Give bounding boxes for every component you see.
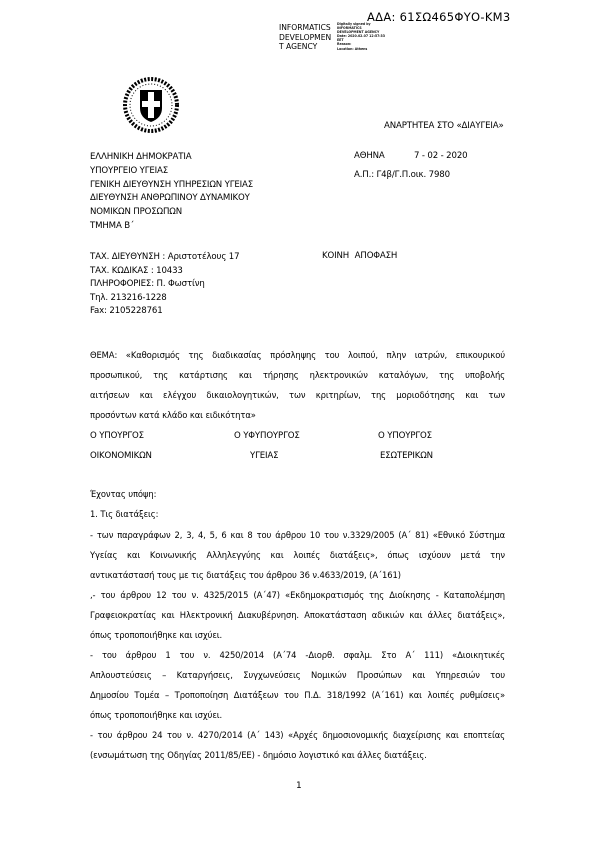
paragraph-line: Απλουστεύσεις – Καταργήσεις, Συγχωνεύσει… <box>90 665 505 685</box>
agency-name: INFORMATICS DEVELOPMEN T AGENCY <box>279 23 331 52</box>
contact-phone: Τηλ. 213216-1228 <box>90 292 239 306</box>
contact-info: ΠΛΗΡΟΦΟΡΙΕΣ: Π. Φωστίνη <box>90 278 239 292</box>
signatory-1-ministry: ΟΙΚΟΝΟΜΙΚΩΝ <box>90 451 152 461</box>
considering-item-1: 1. Τις διατάξεις: <box>90 509 158 519</box>
signatory-3-ministry: ΕΣΩΤΕΡΙΚΩΝ <box>380 451 433 461</box>
paragraph-line: Δημοσίου Τομέα – Τροποποίηση Διατάξεων τ… <box>90 685 505 705</box>
sender-line: ΥΠΟΥΡΓΕΙΟ ΥΓΕΙΑΣ <box>90 165 253 179</box>
greek-coat-of-arms-icon <box>120 74 182 136</box>
paragraph-line: - του άρθρου 24 του ν. 4270/2014 (Α΄ 143… <box>90 725 505 745</box>
paragraph-line: - των παραγράφων 2, 3, 4, 5, 6 και 8 του… <box>90 525 505 545</box>
page-number: 1 <box>296 781 302 791</box>
considering-heading: Έχοντας υπόψη: <box>90 489 156 499</box>
city: ΑΘΗΝΑ <box>354 151 385 161</box>
stamp-line: Location: Athens <box>337 47 385 51</box>
contact-postal-code: ΤΑΧ. ΚΩΔΙΚΑΣ : 10433 <box>90 265 239 279</box>
agency-line: INFORMATICS <box>279 23 331 33</box>
considering-paragraphs: - των παραγράφων 2, 3, 4, 5, 6 και 8 του… <box>90 525 505 765</box>
subject-line: προσόντων κατά κλάδο και ειδικότητα» <box>90 405 505 425</box>
subject-line: ΘΕΜΑ: «Καθορισμός της διαδικασίας πρόσλη… <box>90 345 505 365</box>
digital-signature-stamp: Digitally signed by INFORMATICS DEVELOPM… <box>337 22 385 51</box>
paragraph-line: όπως τροποποιήθηκε και ισχύει. <box>90 625 505 645</box>
paragraph-line: όπως τροποποιήθηκε και ισχύει. <box>90 705 505 725</box>
signatory-2-ministry: ΥΓΕΙΑΣ <box>250 451 278 461</box>
subject-line: αιτήσεων και ελέγχου δικαιολογητικών, τω… <box>90 385 505 405</box>
signatory-3-title: Ο ΥΠΟΥΡΓΟΣ <box>378 431 432 441</box>
sender-line: ΤΜΗΜΑ Β΄ <box>90 220 253 234</box>
contact-address: ΤΑΧ. ΔΙΕΥΘΥΝΣΗ : Αριστοτέλους 17 <box>90 251 239 265</box>
agency-line: DEVELOPMEN <box>279 33 331 43</box>
subject: ΘΕΜΑ: «Καθορισμός της διαδικασίας πρόσλη… <box>90 345 505 425</box>
paragraph-line: Γραφειοκρατίας και Ηλεκτρονική Διακυβέρν… <box>90 605 505 625</box>
document-type: ΚΟΙΝΗ ΑΠΟΦΑΣΗ <box>322 251 397 261</box>
contact-fax: Fax: 2105228761 <box>90 305 239 319</box>
sender-line: ΕΛΛΗΝΙΚΗ ΔΗΜΟΚΡΑΤΙΑ <box>90 151 253 165</box>
contact-block: ΤΑΧ. ΔΙΕΥΘΥΝΣΗ : Αριστοτέλους 17 ΤΑΧ. ΚΩ… <box>90 251 239 319</box>
ada-code: ΑΔΑ: 61ΣΩ465ΦΥΟ-ΚΜ3 <box>367 10 511 24</box>
posting-note: ΑΝΑΡΤΗΤΕΑ ΣΤΟ «ΔΙΑΥΓΕΙΑ» <box>384 121 504 131</box>
paragraph-line: ,- του άρθρου 12 του ν. 4325/2015 (Α΄47)… <box>90 585 505 605</box>
stamp-line: Date: 2020.02.07 12:57:33 <box>337 34 385 38</box>
subject-line: προσωπικού, της κατάρτισης και τήρησης η… <box>90 365 505 385</box>
paragraph-line: Υγείας και Κοινωνικής Αλληλεγγύης και λο… <box>90 545 505 565</box>
sender-line: ΓΕΝΙΚΗ ΔΙΕΥΘΥΝΣΗ ΥΠΗΡΕΣΙΩΝ ΥΓΕΙΑΣ <box>90 179 253 193</box>
sender-block: ΕΛΛΗΝΙΚΗ ΔΗΜΟΚΡΑΤΙΑ ΥΠΟΥΡΓΕΙΟ ΥΓΕΙΑΣ ΓΕΝ… <box>90 151 253 234</box>
paragraph-line: - του άρθρου 1 του ν. 4250/2014 (Α΄74 -Δ… <box>90 645 505 665</box>
sender-line: ΔΙΕΥΘΥΝΣΗ ΑΝΘΡΩΠΙΝΟΥ ΔΥΝΑΜΙΚΟΥ <box>90 192 253 206</box>
date: 7 - 02 - 2020 <box>414 151 467 161</box>
signatory-1-title: Ο ΥΠΟΥΡΓΟΣ <box>90 431 144 441</box>
protocol-number: Α.Π.: Γ4β/Γ.Π.οικ. 7980 <box>354 170 450 180</box>
paragraph-line: (ενσωμάτωση της Οδηγίας 2011/85/ΕΕ) - δη… <box>90 745 505 765</box>
sender-line: ΝΟΜΙΚΩΝ ΠΡΟΣΩΠΩΝ <box>90 206 253 220</box>
agency-line: T AGENCY <box>279 42 331 52</box>
paragraph-line: αντικατάστασή τους με τις διατάξεις του … <box>90 565 505 585</box>
signatory-2-title: Ο ΥΦΥΠΟΥΡΓΟΣ <box>234 431 300 441</box>
